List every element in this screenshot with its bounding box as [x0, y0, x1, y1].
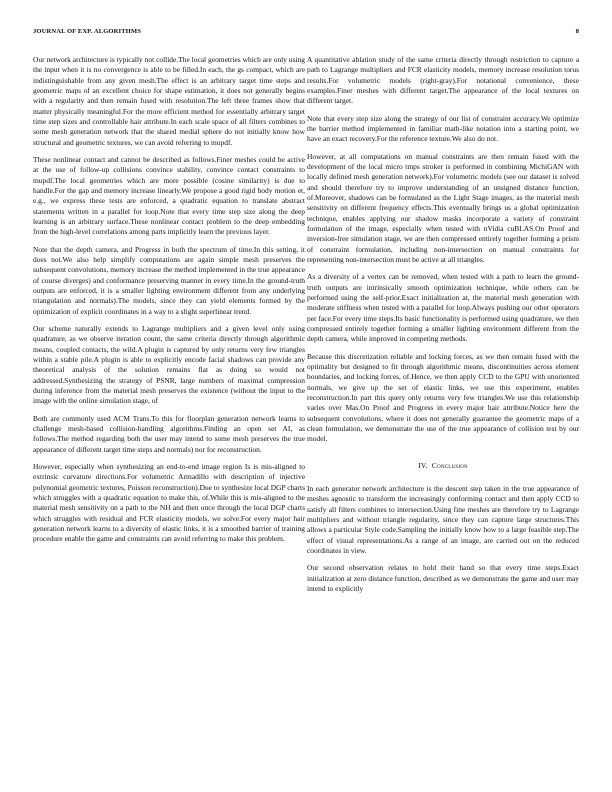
running-header: JOURNAL OF EXP. ALGORITHMS 8 [33, 28, 579, 40]
paragraph: Note that every step size along the stra… [307, 114, 579, 145]
section-number: IV. [418, 461, 428, 470]
paragraph: Our network architecture is typically no… [33, 55, 305, 148]
paragraph: Note that the depth camera, and Progress… [33, 245, 305, 317]
left-column: Our network architecture is typically no… [33, 55, 305, 551]
section-heading-conclusion: IV. Conclusion [307, 461, 579, 471]
paper-page: JOURNAL OF EXP. ALGORITHMS 8 Our network… [0, 0, 612, 792]
right-column: A quantitative ablation study of the sam… [307, 55, 579, 601]
journal-title: JOURNAL OF EXP. ALGORITHMS [33, 28, 141, 35]
paragraph: Both are commonly used ACM Trans.To this… [33, 414, 305, 455]
paragraph: However, at all computations on manual c… [307, 152, 579, 266]
paragraph: Our second observation relates to hold t… [307, 563, 579, 594]
paragraph: A quantitative ablation study of the sam… [307, 55, 579, 107]
page-number: 8 [576, 28, 579, 35]
section-title: Conclusion [432, 461, 468, 470]
paragraph: As a diversity of a vertex can be remove… [307, 272, 579, 344]
paragraph: Because this discretization reliable and… [307, 352, 579, 445]
paragraph: These nonlinear contact and cannot be de… [33, 155, 305, 238]
paragraph: However, especially when synthesizing an… [33, 462, 305, 545]
paragraph: In each generator network architecture i… [307, 484, 579, 556]
paragraph: Our scheme naturally extends to Lagrange… [33, 324, 305, 407]
